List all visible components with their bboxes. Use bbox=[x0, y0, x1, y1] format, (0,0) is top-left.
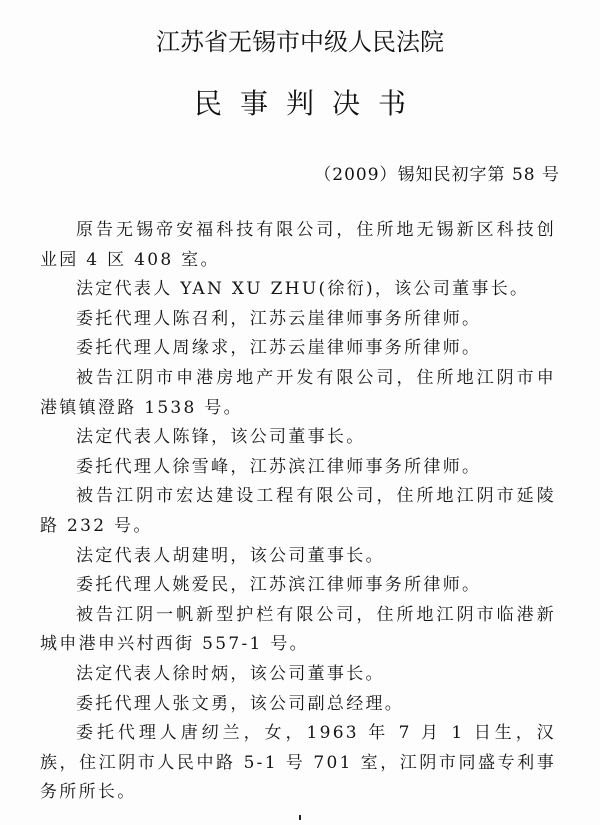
plaintiff-legal-representative: 法定代表人 YAN XU ZHU(徐衍)，该公司董事长。 bbox=[40, 275, 556, 305]
defendant-3-paragraph: 被告江阴一帆新型护栏有限公司，住所地江阴市临港新城申港申兴村西街 557-1 号… bbox=[40, 601, 556, 660]
defendant-3-agent-1: 委托代理人张文勇，该公司副总经理。 bbox=[40, 690, 556, 720]
defendant-2-agent: 委托代理人姚爱民，江苏滨江律师事务所律师。 bbox=[40, 571, 556, 601]
plaintiff-agent-1: 委托代理人陈召利，江苏云崖律师事务所律师。 bbox=[40, 305, 556, 335]
defendant-3-legal-representative: 法定代表人徐时炳，该公司董事长。 bbox=[40, 660, 556, 690]
document-body: 原告无锡帝安福科技有限公司，住所地无锡新区科技创业园 4 区 408 室。 法定… bbox=[40, 216, 556, 808]
defendant-3-agent-2: 委托代理人唐纫兰，女，1963 年 7 月 1 日生，汉族，住江阴市人民中路 5… bbox=[40, 719, 556, 808]
defendant-1-agent: 委托代理人徐雪峰，江苏滨江律师事务所律师。 bbox=[40, 453, 556, 483]
defendant-1-legal-representative: 法定代表人陈锋，该公司董事长。 bbox=[40, 423, 556, 453]
plaintiff-agent-2: 委托代理人周缘求，江苏云崖律师事务所律师。 bbox=[40, 334, 556, 364]
plaintiff-paragraph: 原告无锡帝安福科技有限公司，住所地无锡新区科技创业园 4 区 408 室。 bbox=[40, 216, 556, 275]
page-mark bbox=[299, 815, 301, 820]
document-title: 民事判决书 bbox=[0, 82, 600, 122]
case-number: （2009）锡知民初字第 58 号 bbox=[314, 160, 560, 185]
document-page: 江苏省无锡市中级人民法院 民事判决书 （2009）锡知民初字第 58 号 原告无… bbox=[0, 0, 600, 825]
defendant-2-paragraph: 被告江阴市宏达建设工程有限公司，住所地江阴市延陵路 232 号。 bbox=[40, 482, 556, 541]
defendant-2-legal-representative: 法定代表人胡建明，该公司董事长。 bbox=[40, 542, 556, 572]
defendant-1-paragraph: 被告江阴市申港房地产开发有限公司，住所地江阴市申港镇镇澄路 1538 号。 bbox=[40, 364, 556, 423]
court-name: 江苏省无锡市中级人民法院 bbox=[0, 22, 600, 57]
